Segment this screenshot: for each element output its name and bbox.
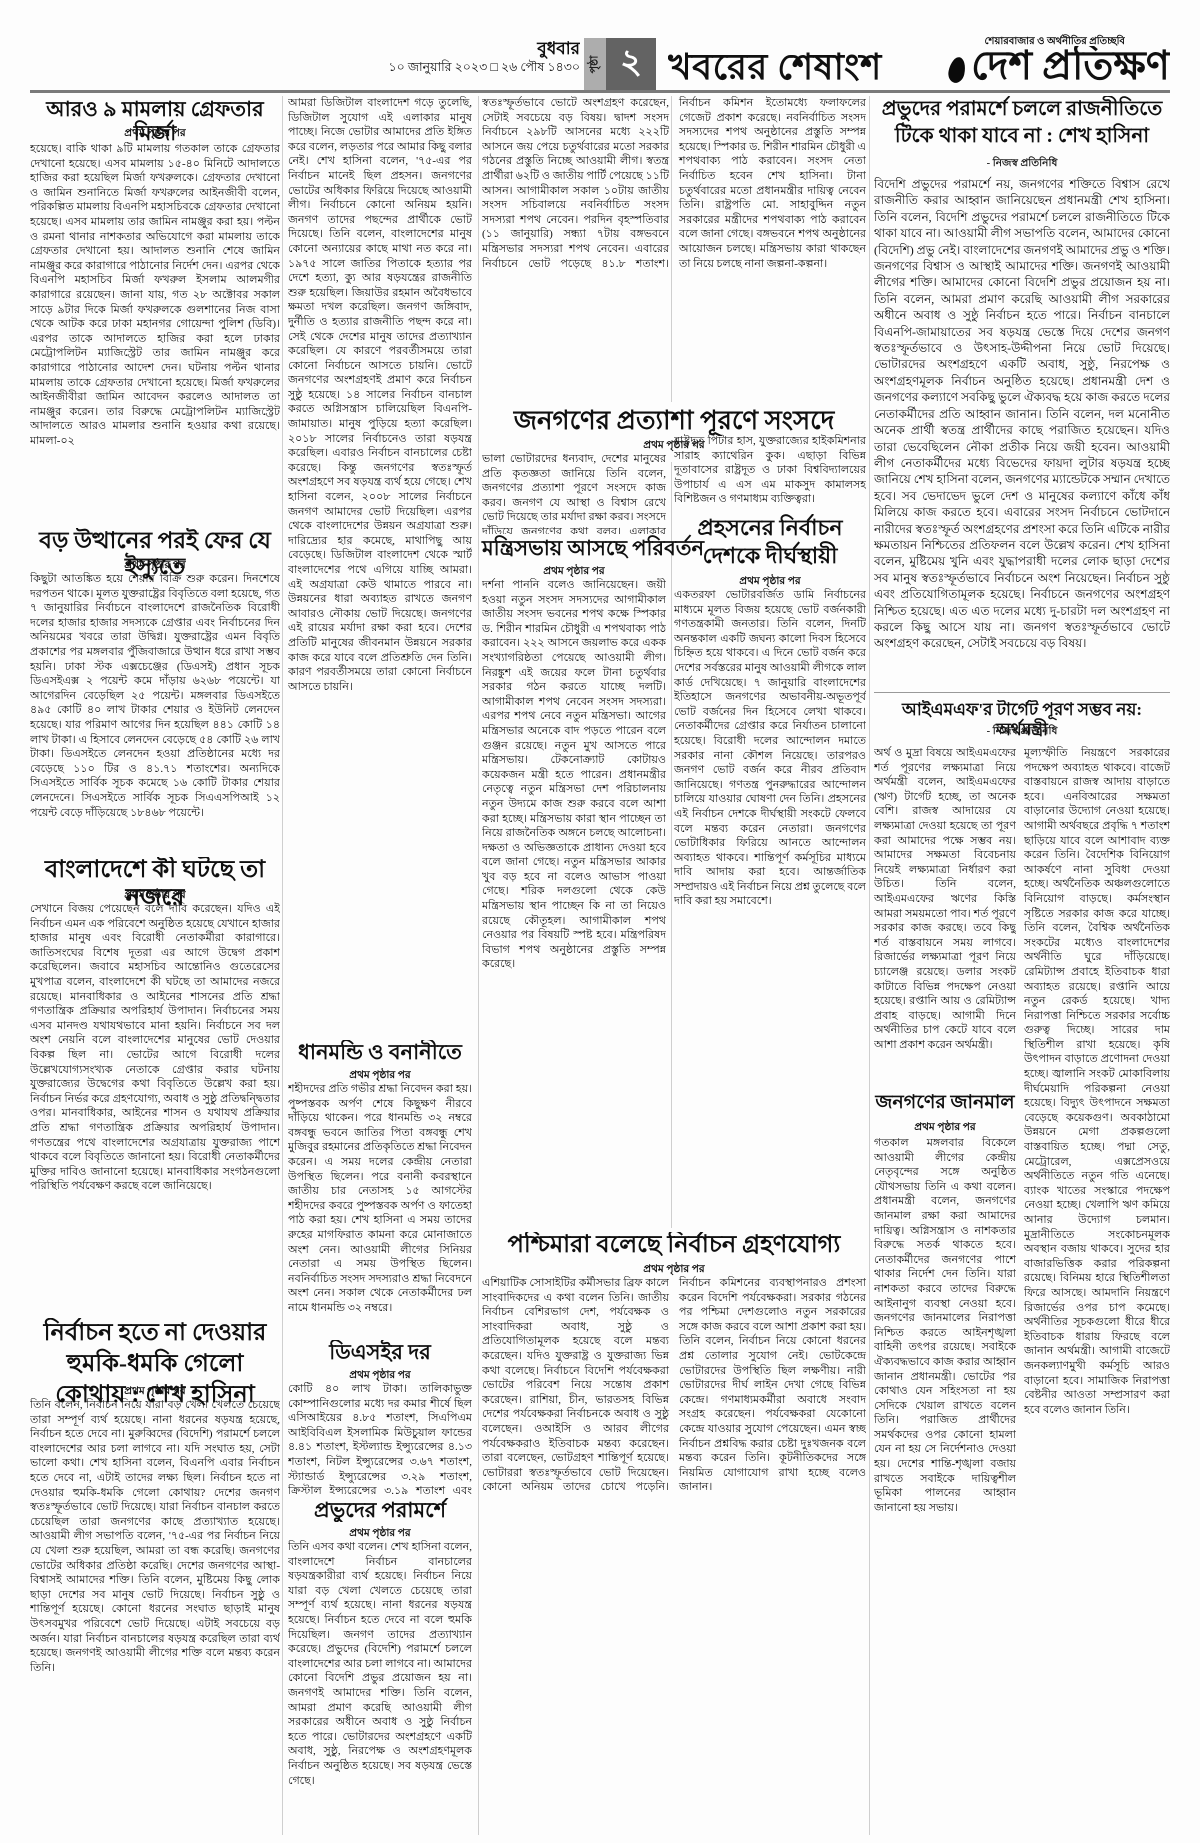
headline-cabinet-change: মন্ত্রিসভায় আসছে পরিবর্তন [482, 536, 666, 560]
article-body: স্বতঃস্ফূর্তভাবে ভোটে অংশগ্রহণ করেছেন, স… [482, 96, 866, 402]
column-divider [478, 96, 479, 1835]
page-number: ২ [620, 38, 642, 90]
headline-masters-advice: প্রভুদের পরামর্শে [288, 1498, 472, 1522]
masthead-emblem-icon [947, 55, 968, 84]
article-body: গতকাল মঙ্গলবার বিকেলে আওয়ামী লীগের কেন্… [874, 1136, 1016, 1835]
article-body: কোটি ৪০ লাখ টাকা। তালিকাভুক্ত কোম্পানিগু… [288, 1382, 472, 1494]
article-body: তিনি এসব কথা বলেন। শেখ হাসিনা বলেন, বাংল… [288, 1540, 472, 1835]
article-body: তিনি বলেন, নির্বাচন নিয়ে যারা বড় খেলা … [30, 1398, 280, 1835]
headline-parliament-expectations: জনগণের প্রত্যাশা পূরণে সংসদে [482, 406, 866, 436]
article-body: সেখানে বিজয় পেয়েছেন বলে দাবি করেছেন। য… [30, 902, 280, 1314]
column-divider [671, 462, 672, 1228]
article-body: এশিয়াটিক সোসাইটির কর্মীসভার ব্রিফ কালে … [482, 1276, 866, 1835]
page-word-label: পৃষ্ঠা [585, 55, 604, 73]
continued-tag: প্রথম পৃষ্ঠার পর [874, 1120, 1016, 1137]
article-body: রাষ্ট্রদূত পিটার হাস, যুক্তরাজ্যের হাইকম… [674, 434, 866, 512]
article-body: শহীদদের প্রতি গভীর শ্রদ্ধা নিবেদন করা হয… [288, 1082, 472, 1334]
headline-dse-prices: ডিএসইর দর [288, 1340, 472, 1364]
byline: - নিজস্ব প্রতিনিধি [874, 724, 1170, 741]
article-body: অর্থ ও মুদ্রা বিষয়ে আইএমএফের শর্ত পূরণে… [874, 746, 1016, 1090]
headline-no-foreign-masters: প্রভুদের পরামর্শে চললে রাজনীতিতে টিকে থা… [874, 96, 1170, 150]
article-body: মূল্যস্ফীতি নিয়ন্ত্রণে সরকারের পদক্ষেপ … [1024, 746, 1170, 1835]
article-divider [874, 692, 1170, 693]
masthead-logo: দেশ প্রতিক্ষণ [880, 46, 1170, 86]
newspaper-page: বুধবার ১০ জানুয়ারি ২০২৩ □ ২৬ পৌষ ১৪৩০ প… [0, 0, 1200, 1843]
article-body: আমরা ডিজিটাল বাংলাদেশ গড়ে তুলেছি, ডিজিট… [288, 96, 472, 1036]
article-body: একতরফা ভোটারবর্জিত ডামি নির্বাচনের মাধ্য… [674, 588, 866, 1226]
column-divider [869, 96, 870, 1835]
masthead-title: দেশ প্রতিক্ষণ [971, 46, 1170, 86]
article-body: দর্শনা পাননি বলেও জানিয়েছেন। জয়ী হওয়া… [482, 578, 666, 1226]
article-body: বিদেশি প্রভুদের পরামর্শে নয়, জনগণের শক্… [874, 176, 1170, 686]
byline: - নিজস্ব প্রতিনিধি [874, 156, 1170, 173]
headline-public-safety: জনগণের জানমাল [874, 1092, 1016, 1114]
page-word-badge: পৃষ্ঠা [584, 38, 606, 90]
headline-farcical-election: প্রহসনের নির্বাচন দেশকে দীর্ঘস্থায়ী [674, 514, 866, 569]
page-number-badge: ২ [606, 38, 656, 90]
article-body: কিছুটা আতঙ্কিত হয়ে শেয়ার বিক্রি শুরু ক… [30, 572, 280, 853]
headline-dhanmondi-banani: ধানমন্ডি ও বনানীতে [288, 1040, 472, 1064]
article-body: হয়েছে। বাকি থাকা ৯টি মামলায় গতকাল তাকে… [30, 142, 280, 523]
header-rule [30, 90, 1170, 93]
column-divider [282, 96, 283, 1835]
continued-tag: প্রথম পৃষ্ঠার পর [30, 126, 280, 143]
headline-west-acceptable: পশ্চিমারা বলেছে নির্বাচন গ্রহণযোগ্য [482, 1232, 866, 1260]
date-line: ১০ জানুয়ারি ২০২৩ □ ২৬ পৌষ ১৪৩০ [240, 59, 580, 79]
article-body: ভালা ভোটারদের ধন্যবাদ, দেশের মানুষের প্র… [482, 452, 666, 534]
